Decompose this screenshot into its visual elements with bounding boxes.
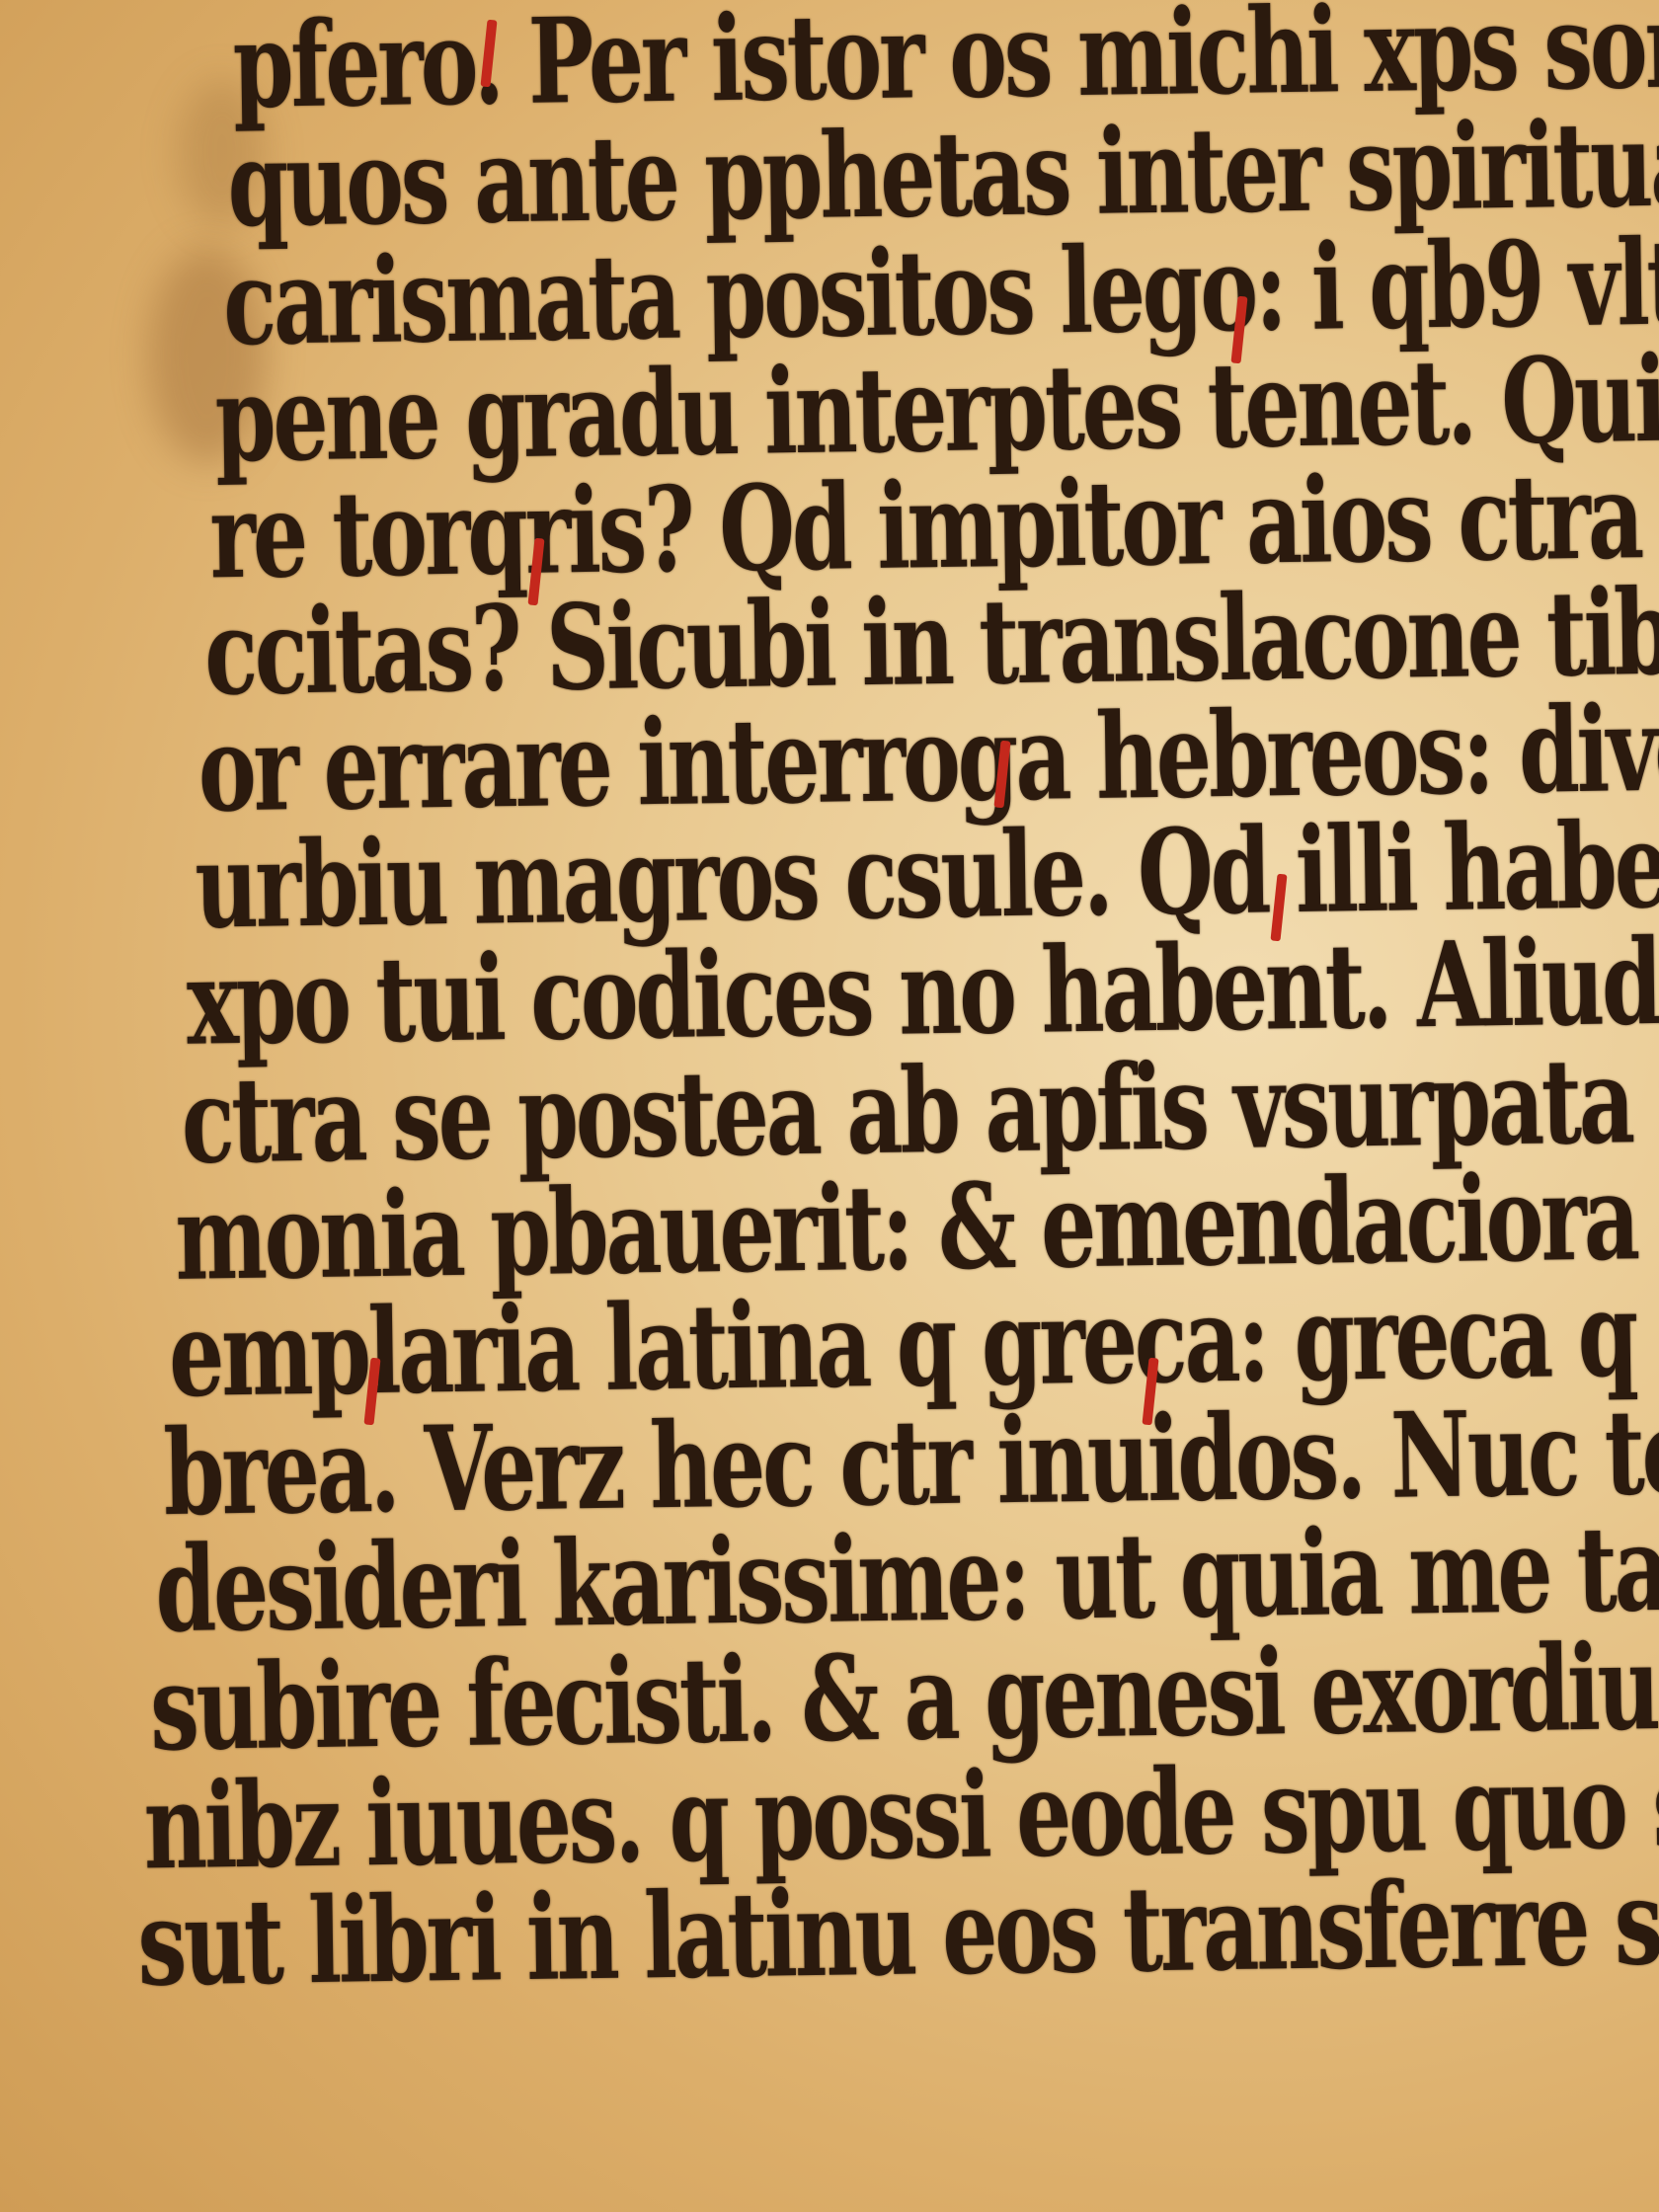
text-line: sut libri in latinu eos transferre sermo… [137, 1858, 1659, 2002]
manuscript-page: pfero. Per istor os michi xps sonat quos… [0, 0, 1659, 2212]
